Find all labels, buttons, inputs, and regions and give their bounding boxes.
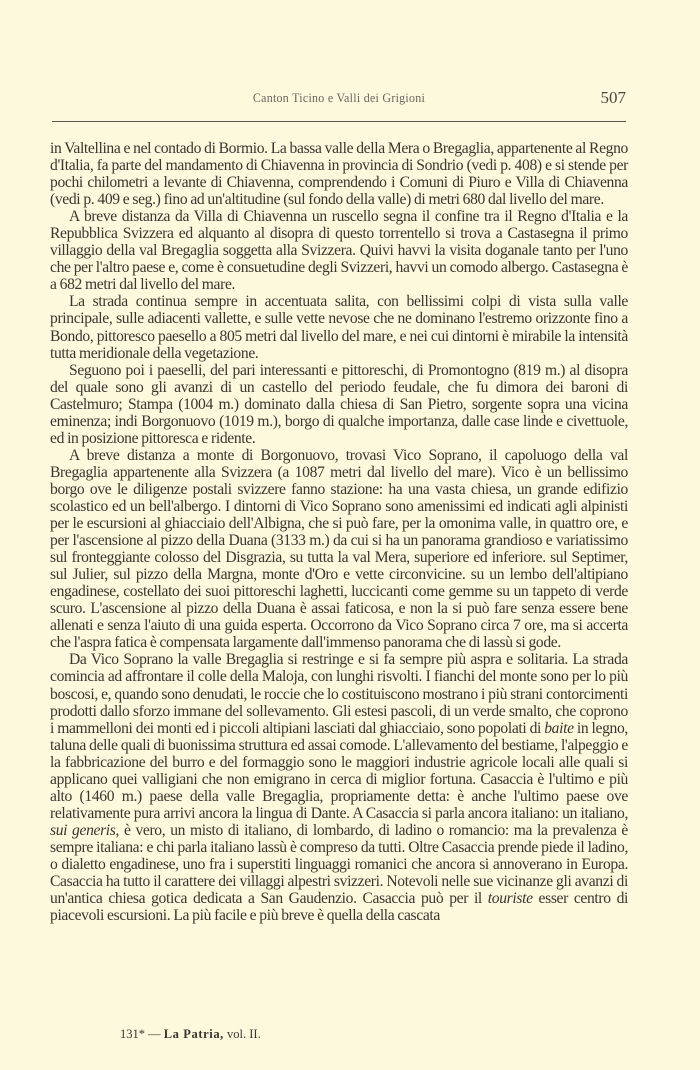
signature-title: La Patria, — [164, 1027, 224, 1041]
page-number: 507 — [601, 88, 627, 108]
paragraph: in Valtellina e nel contado di Bormio. L… — [50, 140, 628, 208]
text-segment: in Valtellina e nel contado di Bormio. L… — [50, 140, 628, 208]
signature-number: 131* — [120, 1027, 145, 1041]
paragraph: A breve distanza da Villa di Chiavenna u… — [50, 208, 628, 293]
italic-term: baite — [544, 720, 573, 737]
text-segment: A breve distanza da Villa di Chiavenna u… — [50, 208, 628, 293]
paragraph: Da Vico Soprano la valle Bregaglia si re… — [50, 651, 628, 924]
paragraph: A breve distanza a monte di Borgonuovo, … — [50, 447, 628, 652]
italic-term: touriste — [488, 890, 533, 907]
paragraph: Seguono poi i paeselli, del pari interes… — [50, 362, 628, 447]
text-segment: Da Vico Soprano la valle Bregaglia si re… — [50, 651, 628, 736]
signature-separator: — — [145, 1027, 164, 1041]
body-text: in Valtellina e nel contado di Bormio. L… — [50, 140, 628, 924]
header-rule — [52, 121, 626, 122]
page-header: Canton Ticino e Valli dei Grigioni 507 — [52, 90, 626, 112]
italic-term: sui generis — [50, 822, 116, 839]
text-segment: A breve distanza a monte di Borgonuovo, … — [50, 447, 628, 652]
running-title: Canton Ticino e Valli dei Grigioni — [75, 90, 603, 106]
paragraph: La strada continua sempre in accentuata … — [50, 293, 628, 361]
printer-signature: 131* — La Patria, vol. II. — [120, 1027, 261, 1042]
text-segment: La strada continua sempre in accentuata … — [50, 293, 628, 361]
signature-volume: vol. II. — [224, 1027, 261, 1041]
text-segment: Seguono poi i paeselli, del pari interes… — [50, 362, 628, 447]
